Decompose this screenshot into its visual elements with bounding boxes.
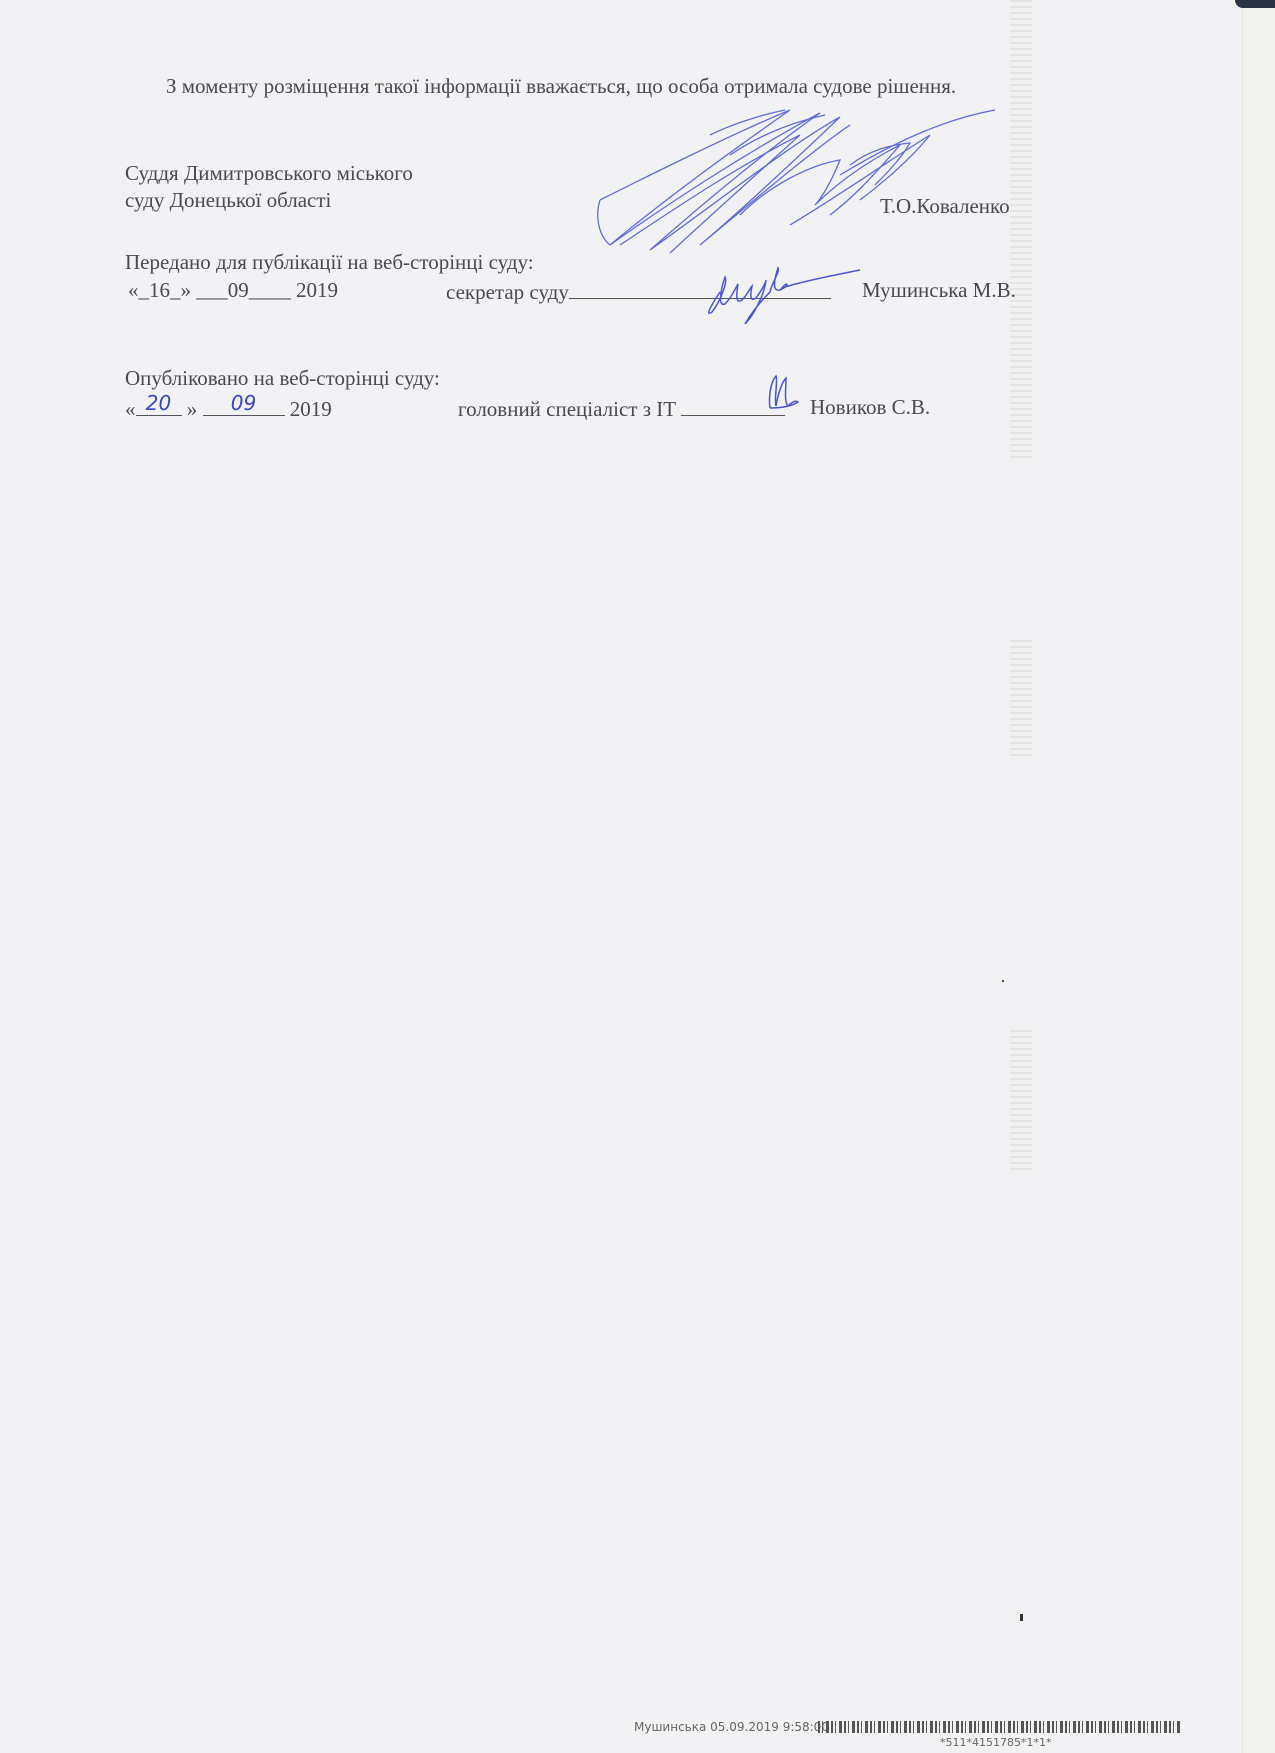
intro-sentence: З моменту розміщення такої інформації вв… — [166, 76, 956, 97]
published-year: 2019 — [290, 397, 332, 421]
published-date-row: «20 » 09 2019 — [125, 397, 332, 420]
published-label: Опубліковано на веб-сторінці суду: — [125, 368, 440, 389]
scan-corner — [1235, 0, 1275, 8]
scan-speck — [1002, 980, 1004, 982]
judge-name: Т.О.Коваленко — [880, 196, 1010, 217]
scan-noise — [1010, 0, 1032, 460]
barcode — [818, 1721, 1180, 1733]
published-day-field: 20 — [136, 397, 182, 416]
published-quote-close: » — [187, 397, 198, 421]
judge-title-line2: суду Донецької області — [125, 190, 331, 211]
transferred-month: ___09____ — [196, 278, 291, 302]
judge-title-line1: Суддя Димитровського міського — [125, 163, 413, 184]
secretary-name: Мушинська М.В. — [862, 280, 1016, 301]
scan-speck — [1020, 1614, 1023, 1621]
barcode-text: *511*4151785*1*1* — [940, 1736, 1051, 1749]
it-specialist-role: головний спеціаліст з ІТ — [458, 397, 785, 420]
it-specialist-name: Новиков С.В. — [810, 397, 930, 418]
published-day: 20 — [136, 393, 182, 413]
published-month-field: 09 — [203, 397, 285, 416]
scan-noise — [1010, 1030, 1032, 1170]
transferred-year: 2019 — [296, 278, 338, 302]
scan-edge — [1242, 0, 1275, 1753]
transferred-label: Передано для публікації на веб-сторінці … — [125, 252, 534, 273]
published-month: 09 — [203, 393, 285, 413]
it-specialist-role-label: головний спеціаліст з ІТ — [458, 397, 676, 421]
footer-stamp: Мушинська 05.09.2019 9:58:00 — [634, 1720, 829, 1734]
transferred-day: «_16_» — [128, 278, 191, 302]
it-specialist-signature-line — [681, 397, 785, 416]
secretary-role-label: секретар суду — [446, 280, 569, 304]
secretary-role: секретар суду — [446, 280, 831, 303]
published-quote-open: « — [125, 397, 136, 421]
scan-noise — [1010, 640, 1032, 760]
secretary-signature-line — [569, 280, 831, 299]
transferred-date-row: «_16_» ___09____ 2019 — [128, 280, 338, 301]
